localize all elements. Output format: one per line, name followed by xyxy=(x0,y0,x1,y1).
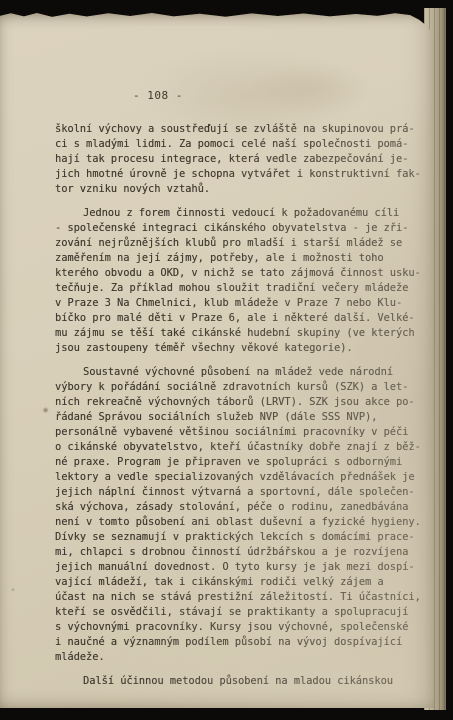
text-line: není v tomto působení ani oblast duševní… xyxy=(55,515,421,530)
text-line: né praxe. Program je připraven ve spolup… xyxy=(55,455,421,470)
text-line: v Praze 3 Na Chmelnici, klub mládeže v P… xyxy=(55,296,421,311)
text-line: ních rekreačně výchovných táborů (LRVT).… xyxy=(55,395,421,410)
text-line: mi, chlapci s drobnou činností údržbářsk… xyxy=(55,545,421,560)
text-line: Další účinnou metodou působení na mladou… xyxy=(55,674,421,689)
text-line: bíčko pro malé děti v Praze 6, ale i něk… xyxy=(55,311,421,326)
text-line: tečňuje. Za příklad mohou sloužit tradič… xyxy=(55,281,421,296)
text-line: jejich náplní činnost výtvarná a sportov… xyxy=(55,485,421,500)
paragraph: Soustavné výchovné působení na mládež ve… xyxy=(55,365,421,665)
text-line: o cikánské obyvatelstvo, kteří účastníky… xyxy=(55,440,421,455)
text-line: výbory k pořádání sociálně zdravotních k… xyxy=(55,380,421,395)
text-line: jsou zastoupeny téměř všechny věkové kat… xyxy=(55,341,421,356)
text-line: školní výchovy a soustřeďují se zvláště … xyxy=(55,122,421,137)
paragraph: školní výchovy a soustřeďují se zvláště … xyxy=(55,122,421,197)
document-page: - 108 - školní výchovy a soustřeďují se … xyxy=(0,12,434,708)
page-number: - 108 - xyxy=(133,88,434,103)
text-line: Dívky se seznamují v praktických lekcích… xyxy=(55,530,421,545)
text-line: kteří se osvědčili, stávají se praktikan… xyxy=(55,605,421,620)
text-line: řádané Správou sociálních služeb NVP (dá… xyxy=(55,410,421,425)
text-line: s výchovnými pracovníky. Kursy jsou vých… xyxy=(55,620,421,635)
text-line: ská výchova, zásady stolování, péče o ro… xyxy=(55,500,421,515)
text-line: zaměřením na její zájmy, potřeby, ale i … xyxy=(55,251,421,266)
text-line: tor vzniku nových vztahů. xyxy=(55,182,421,197)
paragraph: Další účinnou metodou působení na mladou… xyxy=(55,674,421,689)
text-line: jich hmotné úrovně je schopna vytvářet i… xyxy=(55,167,421,182)
text-line: hají tak procesu integrace, která vedle … xyxy=(55,152,421,167)
text-block: školní výchovy a soustřeďují se zvláště … xyxy=(55,122,421,689)
text-line: zování nejrůznějších klubů pro mladší i … xyxy=(55,236,421,251)
scanned-book-photo: - 108 - školní výchovy a soustřeďují se … xyxy=(0,0,453,720)
text-line: - společenské integraci cikánského obyva… xyxy=(55,221,421,236)
text-line: Soustavné výchovné působení na mládež ve… xyxy=(55,365,421,380)
text-line: vající mládeží, tak i cikánskými rodiči … xyxy=(55,575,421,590)
text-line: i naučné a významným podílem působí na v… xyxy=(55,635,421,650)
text-line: jejich manuální dovednost. O tyto kursy … xyxy=(55,560,421,575)
text-line: mládeže. xyxy=(55,650,421,665)
paragraph: Jednou z forem činnosti vedoucí k požado… xyxy=(55,206,421,356)
text-line: ci s mladými lidmi. Za pomoci celé naší … xyxy=(55,137,421,152)
text-line: kterého obvodu a OKD, v nichž se tato zá… xyxy=(55,266,421,281)
text-line: personálně vybavené většinou sociálními … xyxy=(55,425,421,440)
text-line: Jednou z forem činnosti vedoucí k požado… xyxy=(55,206,421,221)
text-line: účast na nich se stává prestižní záležit… xyxy=(55,590,421,605)
text-line: mu zájmu se těší také cikánské hudební s… xyxy=(55,326,421,341)
text-line: lektory a vedle specializovaných vzděláv… xyxy=(55,470,421,485)
